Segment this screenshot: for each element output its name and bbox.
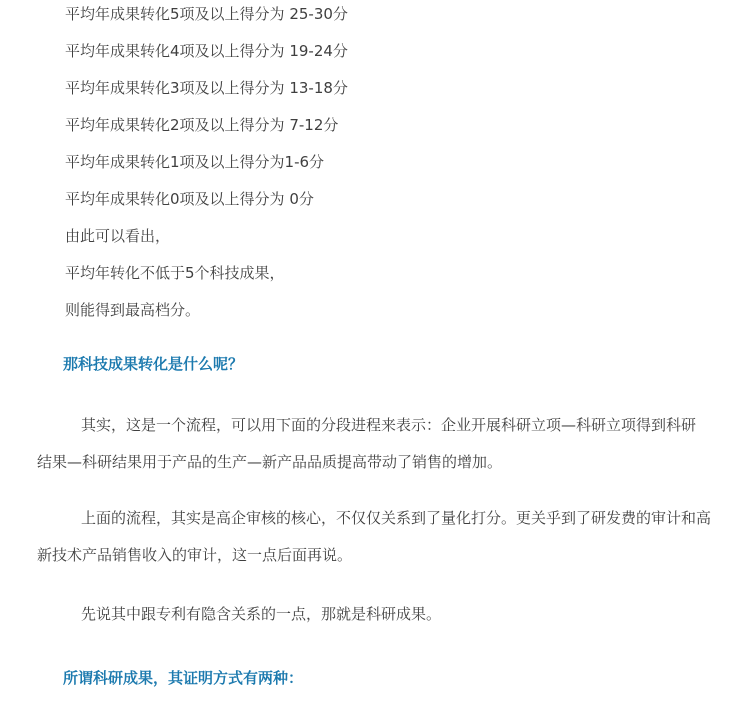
- paragraph-line: 结果—科研结果用于产品的生产—新产品品质提高带动了销售的增加。: [37, 444, 700, 481]
- conclusion-line: 由此可以看出，: [65, 218, 700, 255]
- score-line: 平均年成果转化4项及以上得分为 19-24分: [65, 33, 700, 70]
- score-line: 平均年成果转化3项及以上得分为 13-18分: [65, 70, 700, 107]
- conclusion-line: 则能得到最高档分。: [65, 292, 700, 329]
- paragraph-review-core: 上面的流程，其实是高企审核的核心，不仅仅关系到了量化打分。更关乎到了研发费的审计…: [37, 500, 700, 574]
- paragraph-line: 新技术产品销售收入的审计，这一点后面再说。: [37, 537, 700, 574]
- score-line: 平均年成果转化2项及以上得分为 7-12分: [65, 107, 700, 144]
- score-line: 平均年成果转化5项及以上得分为 25-30分: [65, 0, 700, 33]
- paragraph-patent-relation: 先说其中跟专利有隐含关系的一点，那就是科研成果。: [37, 596, 700, 633]
- article-page: 平均年成果转化5项及以上得分为 25-30分 平均年成果转化4项及以上得分为 1…: [0, 0, 730, 705]
- paragraph-line: 先说其中跟专利有隐含关系的一点，那就是科研成果。: [37, 596, 700, 633]
- score-line: 平均年成果转化1项及以上得分为1-6分: [65, 144, 700, 181]
- section-heading-achievement-transformation: 那科技成果转化是什么呢？: [63, 349, 700, 379]
- paragraph-process: 其实，这是一个流程，可以用下面的分段进程来表示：企业开展科研立项—科研立项得到科…: [37, 407, 700, 481]
- conclusion-line: 平均年转化不低于5个科技成果，: [65, 255, 700, 292]
- paragraph-line: 上面的流程，其实是高企审核的核心，不仅仅关系到了量化打分。更关乎到了研发费的审计…: [37, 500, 700, 537]
- section-heading-research-achievement-proof: 所谓科研成果，其证明方式有两种：: [63, 663, 700, 693]
- score-line: 平均年成果转化0项及以上得分为 0分: [65, 181, 700, 218]
- paragraph-line: 其实，这是一个流程，可以用下面的分段进程来表示：企业开展科研立项—科研立项得到科…: [37, 407, 700, 444]
- score-list: 平均年成果转化5项及以上得分为 25-30分 平均年成果转化4项及以上得分为 1…: [65, 0, 700, 329]
